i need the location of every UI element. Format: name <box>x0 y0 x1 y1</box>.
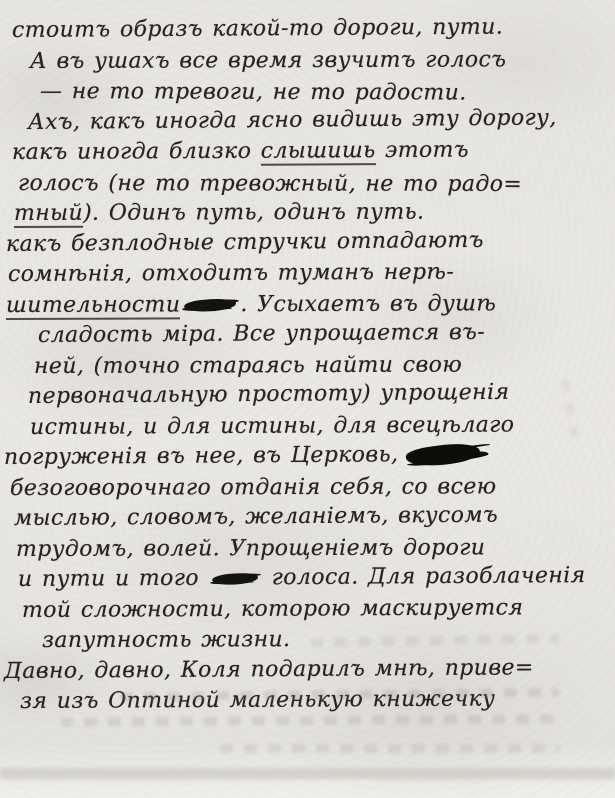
manuscript-line: какъ безплодные стручки отпадаютъ <box>6 224 612 260</box>
bleed-through-text <box>220 744 560 753</box>
underlined-word: слышишь <box>261 138 376 166</box>
page-bottom-shadow <box>0 768 615 779</box>
line-text: запутность жизни. <box>42 627 291 653</box>
line-text: Ахъ, какъ иногда ясно видишь эту дорогу, <box>28 105 557 135</box>
manuscript-page: стоитъ образъ какой-то дороги, пути. А в… <box>4 16 612 718</box>
line-text: сомнѣнія, отходитъ туманъ нерѣ- <box>8 260 454 287</box>
manuscript-line: истины, и для истины, для всецѣлаго <box>30 409 612 443</box>
line-text: безоговорочнаго отданія себя, со всею <box>10 474 497 501</box>
line-text: стоитъ образъ какой-то дороги, пути. <box>12 15 503 43</box>
manuscript-line: погруженія въ нее, въ Церковь, <box>4 439 612 474</box>
line-text: . Усыхаетъ въ душѣ <box>240 291 496 317</box>
manuscript-line: Давно, давно, Коля подарилъ мнѣ, приве= <box>4 652 612 687</box>
manuscript-line: безоговорочнаго отданія себя, со всею <box>10 471 612 504</box>
line-text: той сложности, которою маскируется <box>22 595 523 623</box>
line-text: какъ иногда близко <box>12 139 261 165</box>
line-text: сладость міра. Все упрощается въ- <box>38 320 485 348</box>
manuscript-line: трудомъ, волей. Упрощеніемъ дороги <box>16 532 612 565</box>
underlined-word: шительности <box>6 292 180 320</box>
manuscript-line: первоначальную простоту) упрощенія <box>28 377 612 413</box>
manuscript-line: стоитъ образъ какой-то дороги, пути. <box>12 12 612 47</box>
line-text: погруженія въ нее, въ Церковь, <box>4 442 399 470</box>
ink-scribble <box>211 572 260 586</box>
manuscript-line: Ахъ, какъ иногда ясно видишь эту дорогу, <box>28 102 612 138</box>
manuscript-line: и пути и того голоса. Для разоблаченія <box>18 561 612 596</box>
ink-scribble <box>183 297 239 312</box>
manuscript-line: голосъ (не то тревожный, не то радо= <box>18 169 612 201</box>
line-text: голоса. Для разоблаченія <box>262 563 585 590</box>
ink-blot <box>405 440 481 471</box>
line-text: первоначальную простоту) упрощенія <box>28 380 510 409</box>
manuscript-line: мыслью, словомъ, желаніемъ, вкусомъ <box>14 500 612 535</box>
line-text: и пути и того <box>18 566 209 592</box>
line-text: трудомъ, волей. Упрощеніемъ дороги <box>16 535 485 562</box>
manuscript-line: той сложности, которою маскируется <box>22 592 612 626</box>
line-text: ней, (точно стараясь найти свою <box>34 352 462 378</box>
line-text: мыслью, словомъ, желаніемъ, вкусомъ <box>14 503 498 531</box>
underlined-word: тный <box>14 201 83 228</box>
line-text: голосъ (не то тревожный, не то радо= <box>18 171 522 197</box>
manuscript-line: какъ иногда близко слышишь этотъ <box>12 135 612 169</box>
manuscript-line: сомнѣнія, отходитъ туманъ нерѣ- <box>8 257 612 291</box>
line-text: А въ ушахъ все время звучитъ голосъ <box>30 47 506 74</box>
manuscript-line: А въ ушахъ все время звучитъ голосъ <box>30 44 612 77</box>
manuscript-line: сладость міра. Все упрощается въ- <box>38 317 612 352</box>
line-text: — не то тревоги, не то радости. <box>40 79 467 105</box>
line-text: Давно, давно, Коля подарилъ мнѣ, приве= <box>4 655 534 684</box>
line-text: ). Одинъ путь, одинъ путь. <box>83 200 424 226</box>
line-text: какъ безплодные стручки отпадаютъ <box>6 227 484 256</box>
manuscript-line: шительности. Усыхаетъ въ душѣ <box>6 288 612 321</box>
line-text: этотъ <box>376 138 469 163</box>
line-text: истины, и для истины, для всецѣлаго <box>30 412 515 440</box>
